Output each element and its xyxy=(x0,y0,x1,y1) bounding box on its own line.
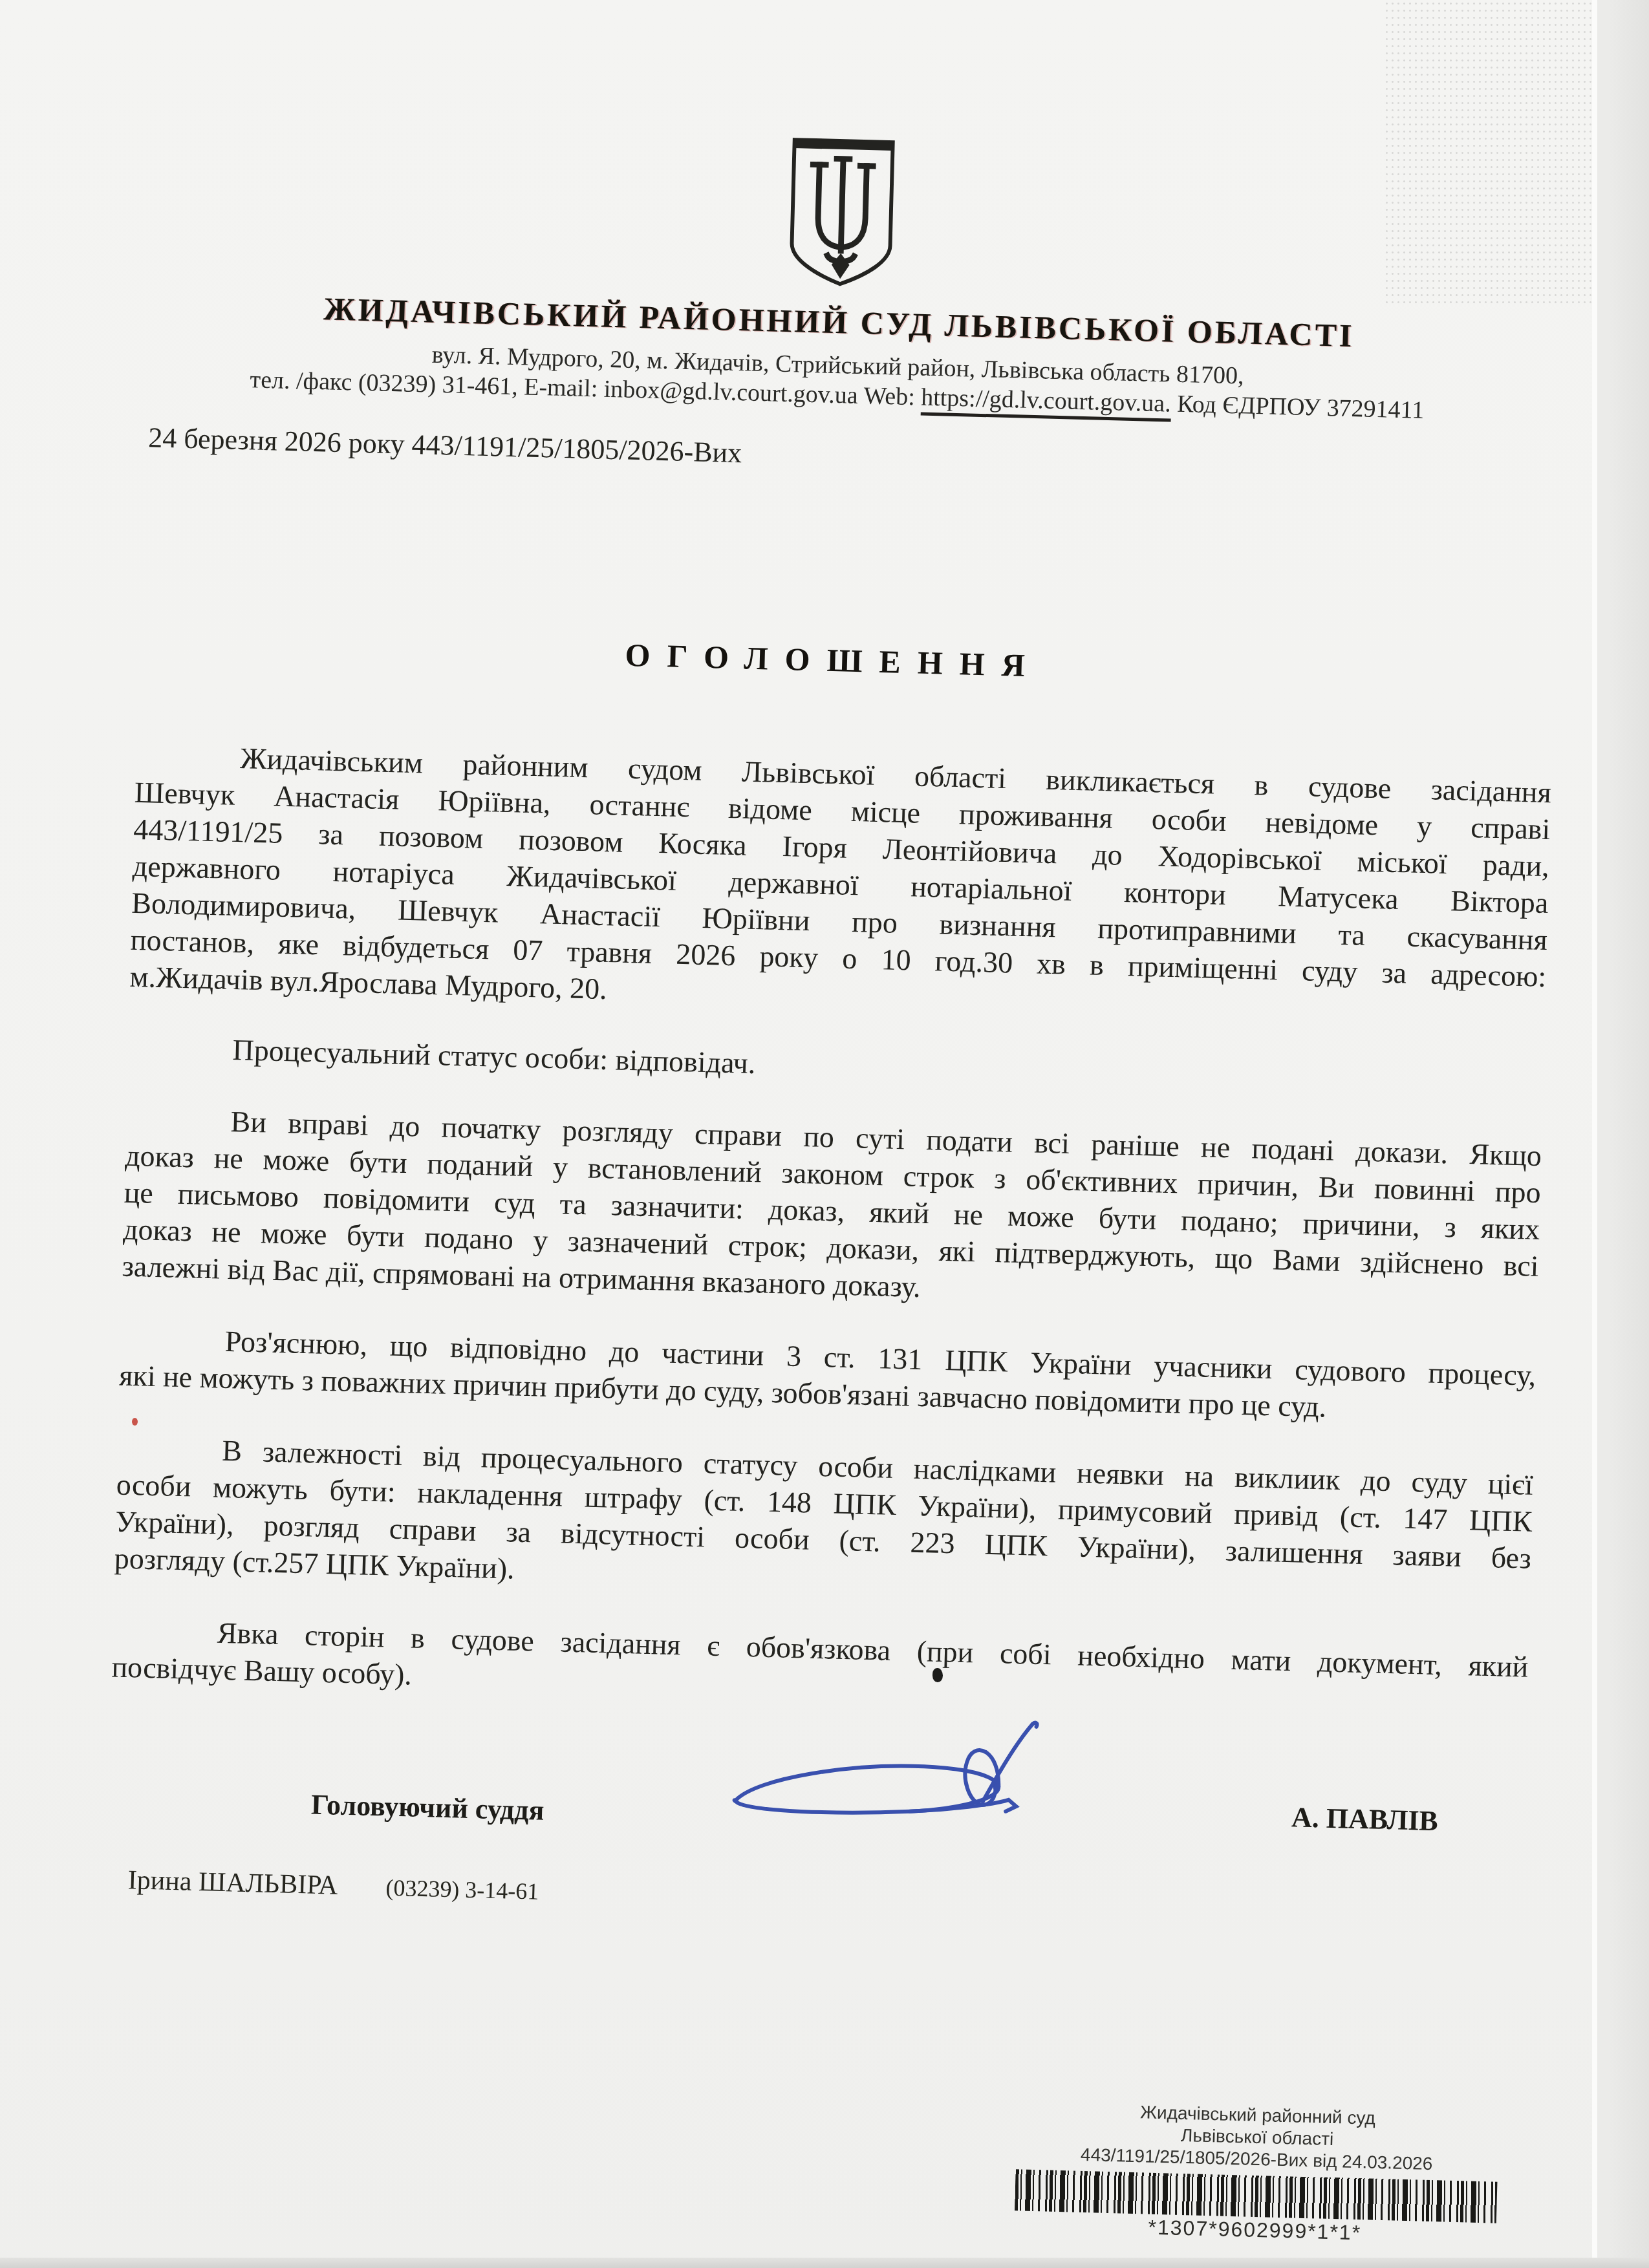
paragraph-summons: Жидачівським районним судом Львівської о… xyxy=(129,737,1552,1032)
judge-signature xyxy=(713,1698,1047,1865)
paragraph-consequences: В залежності від процесуального статусу … xyxy=(114,1429,1533,1614)
paragraph-evidence-rules: Ви вправі до початку розгляду справи по … xyxy=(122,1100,1542,1321)
paragraph-article-131: Роз'яснюю, що відповідно до частини 3 ст… xyxy=(119,1320,1536,1431)
document-title: ОГОЛОШЕННЯ xyxy=(0,619,1587,699)
paragraph-procedural-status: Процесуальний статус особи: відповідач. xyxy=(127,1029,1544,1102)
scanner-noise-speckles xyxy=(1384,0,1592,304)
court-website-url: https://gd.lv.court.gov.ua. xyxy=(921,384,1172,422)
outgoing-date-reference-line: 24 березня 2026 року 443/1191/25/1805/20… xyxy=(148,421,1593,491)
clerk-contact-line: Ірина ШАЛЬВІРА(03239) 3-14-61 xyxy=(127,1865,539,1907)
clerk-name: Ірина ШАЛЬВІРА xyxy=(127,1865,338,1900)
presiding-judge-label: Головуючий суддя xyxy=(310,1788,544,1827)
scanned-court-document-page: ЖИДАЧІВСЬКИЙ РАЙОННИЙ СУД ЛЬВІВСЬКОЇ ОБЛ… xyxy=(0,0,1649,2268)
judge-name: А. ПАВЛІВ xyxy=(1291,1801,1438,1837)
clerk-phone: (03239) 3-14-61 xyxy=(385,1875,539,1905)
contact-suffix: Код ЄДРПОУ 37291411 xyxy=(1170,390,1425,424)
letterhead: ЖИДАЧІВСЬКИЙ РАЙОННИЙ СУД ЛЬВІВСЬКОЇ ОБЛ… xyxy=(80,118,1600,429)
scanner-edge-right xyxy=(1592,0,1649,2268)
text-line: Процесуальний статус особи: відповідач. xyxy=(127,1029,1544,1102)
black-ink-speck xyxy=(932,1668,943,1682)
red-ink-speck xyxy=(132,1418,138,1426)
document-body: Жидачівським районним судом Львівської о… xyxy=(111,737,1552,1722)
registry-stamp: Жидачівський районний суд Львівської обл… xyxy=(1002,2098,1510,2249)
scanner-edge-bottom xyxy=(0,2258,1649,2268)
document-content: ЖИДАЧІВСЬКИЙ РАЙОННИЙ СУД ЛЬВІВСЬКОЇ ОБЛ… xyxy=(0,0,1603,1723)
ukraine-trident-emblem-icon xyxy=(83,118,1600,310)
